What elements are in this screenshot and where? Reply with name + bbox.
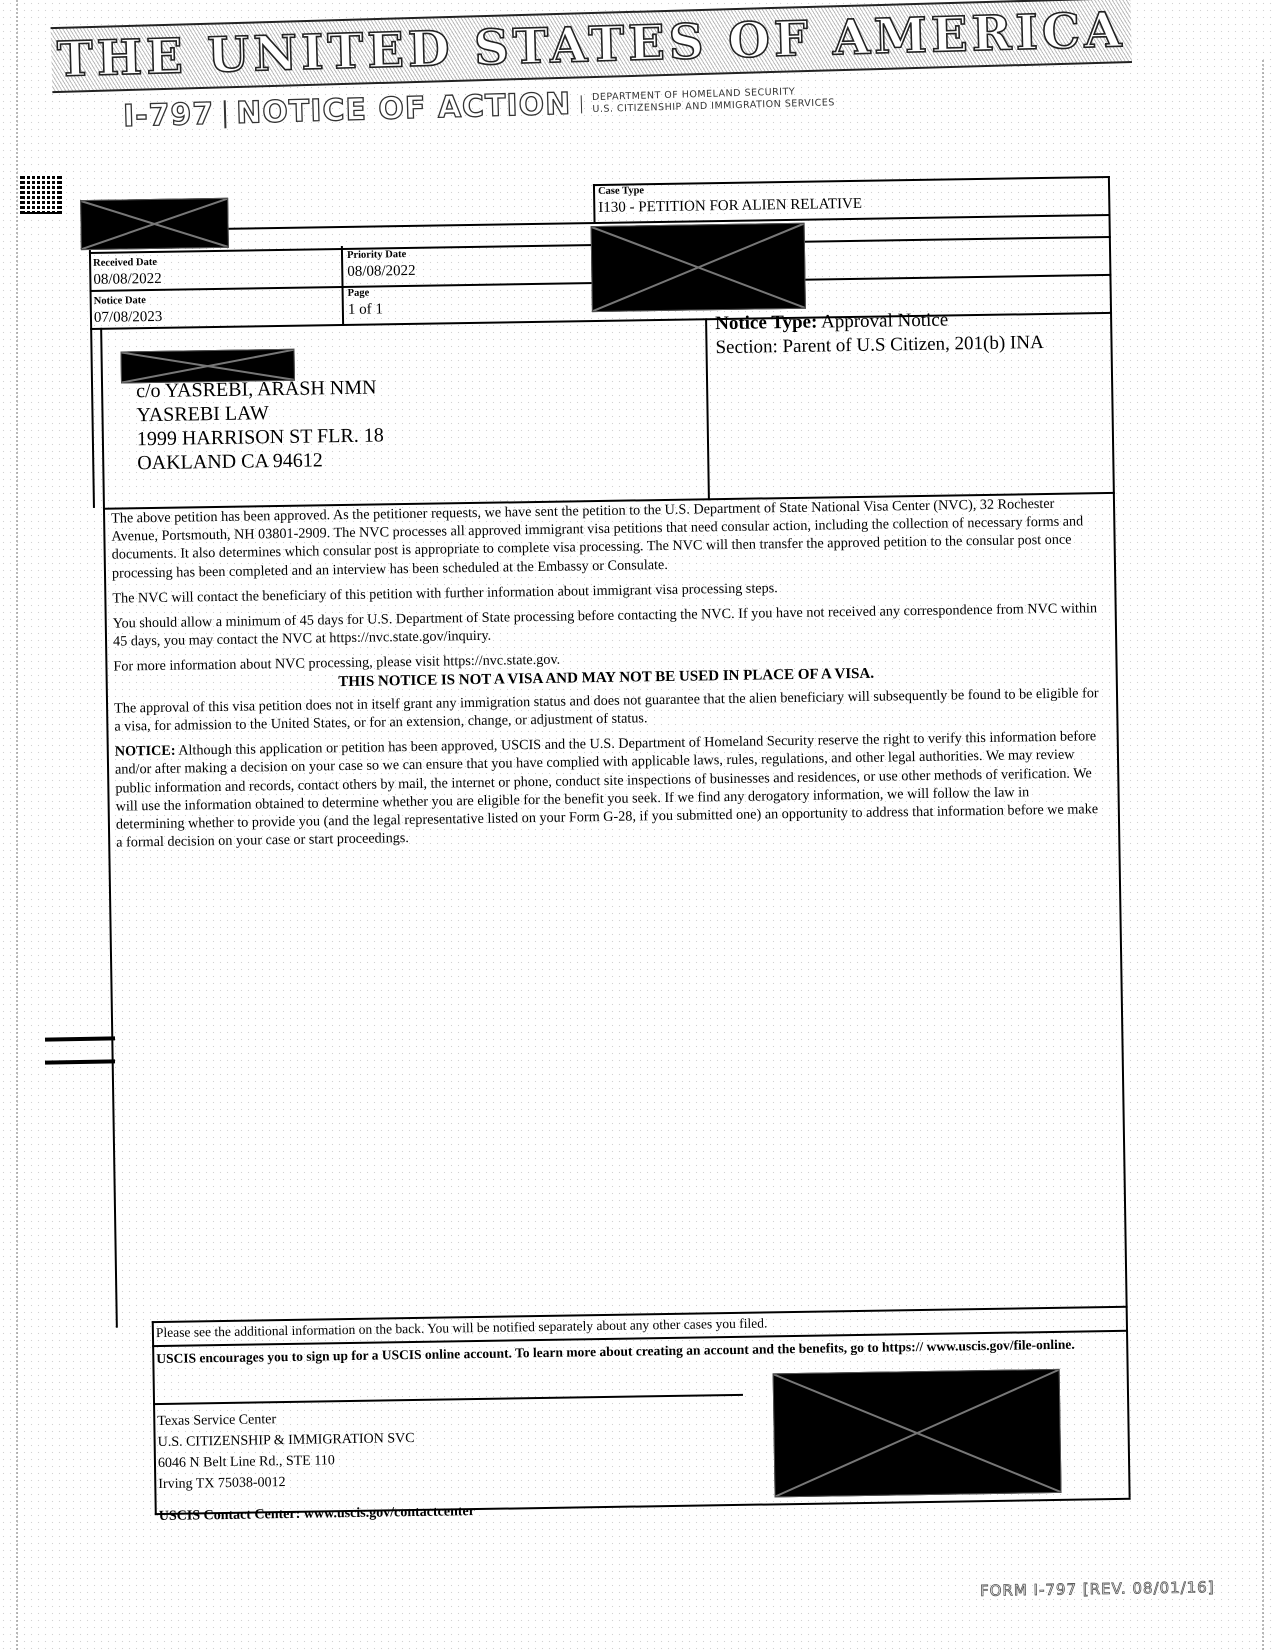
address-line: 1999 HARRISON ST FLR. 18 xyxy=(137,423,384,451)
address-line: c/o YASREBI, ARASH NMN xyxy=(136,375,383,403)
footer: Please see the additional information on… xyxy=(152,1306,1128,1321)
frame-top xyxy=(593,176,1110,186)
redacted-beneficiary-info xyxy=(591,223,806,312)
office-line: Irving TX 75038-0012 xyxy=(158,1470,415,1495)
notice-body: The above petition has been approved. As… xyxy=(111,494,1101,859)
body-paragraph: The above petition has been approved. As… xyxy=(111,494,1097,582)
online-account-text: USCIS encourages you to sign up for a US… xyxy=(156,1335,1086,1368)
case-type-value: I130 - PETITION FOR ALIEN RELATIVE xyxy=(598,196,862,217)
office-line: U.S. CITIZENSHIP & IMMIGRATION SVC xyxy=(157,1428,414,1453)
form-revision: FORM I-797 [REV. 08/01/16] xyxy=(980,1578,1215,1600)
case-type-label: Case Type xyxy=(598,185,644,197)
form-name: NOTICE OF ACTION xyxy=(236,87,572,131)
banner-title: THE UNITED STATES OF AMERICA xyxy=(56,2,1126,88)
notice-date-value: 07/08/2023 xyxy=(94,309,163,327)
page-value: 1 of 1 xyxy=(348,301,383,319)
received-date-value: 08/08/2022 xyxy=(93,271,162,289)
service-center-address: Texas Service Center U.S. CITIZENSHIP & … xyxy=(157,1407,415,1495)
address-line: OAKLAND CA 94612 xyxy=(137,447,384,475)
row-line xyxy=(153,1394,743,1405)
banner-ribbon: THE UNITED STATES OF AMERICA xyxy=(51,0,1132,93)
mailing-address: c/o YASREBI, ARASH NMN YASREBI LAW 1999 … xyxy=(136,375,384,475)
scan-edge-left xyxy=(16,0,18,1650)
col-line xyxy=(593,184,596,222)
divider xyxy=(224,100,227,128)
notice-type-value: Approval Notice xyxy=(821,310,948,333)
priority-date-value: 08/08/2022 xyxy=(347,263,416,281)
notice-type-block: Notice Type: Approval Notice Section: Pa… xyxy=(715,307,1044,360)
scan-edge-right xyxy=(1262,60,1264,1650)
notice-date-label: Notice Date xyxy=(94,295,146,307)
body-paragraph: You should allow a minimum of 45 days fo… xyxy=(113,599,1098,651)
notice-text: Although this application or petition ha… xyxy=(115,728,1098,850)
agency-name: DEPARTMENT OF HOMELAND SECURITY U.S. CIT… xyxy=(592,85,835,116)
notice-label: NOTICE: xyxy=(115,743,176,760)
frame-right xyxy=(1108,176,1131,1498)
form-id: I-797 xyxy=(123,97,215,135)
document-header: THE UNITED STATES OF AMERICA I-797 NOTIC… xyxy=(20,0,1164,158)
notice-section: Section: Parent of U.S Citizen, 201(b) I… xyxy=(715,331,1044,360)
col-line xyxy=(705,318,710,500)
notice-paragraph: NOTICE: Although this application or pet… xyxy=(115,727,1102,852)
divider xyxy=(581,95,583,113)
redacted-barcode xyxy=(773,1369,1062,1497)
redacted-receipt-number xyxy=(80,198,229,250)
contact-center-text: USCIS Contact Center: www.uscis.gov/cont… xyxy=(159,1504,475,1525)
received-date-label: Received Date xyxy=(93,257,157,269)
priority-date-label: Priority Date xyxy=(347,249,406,261)
datamatrix-barcode-icon xyxy=(20,174,62,214)
notice-type-label: Notice Type: xyxy=(715,312,818,335)
notice-form: Case Type I130 - PETITION FOR ALIEN RELA… xyxy=(88,176,1131,1542)
page-label: Page xyxy=(348,288,370,299)
